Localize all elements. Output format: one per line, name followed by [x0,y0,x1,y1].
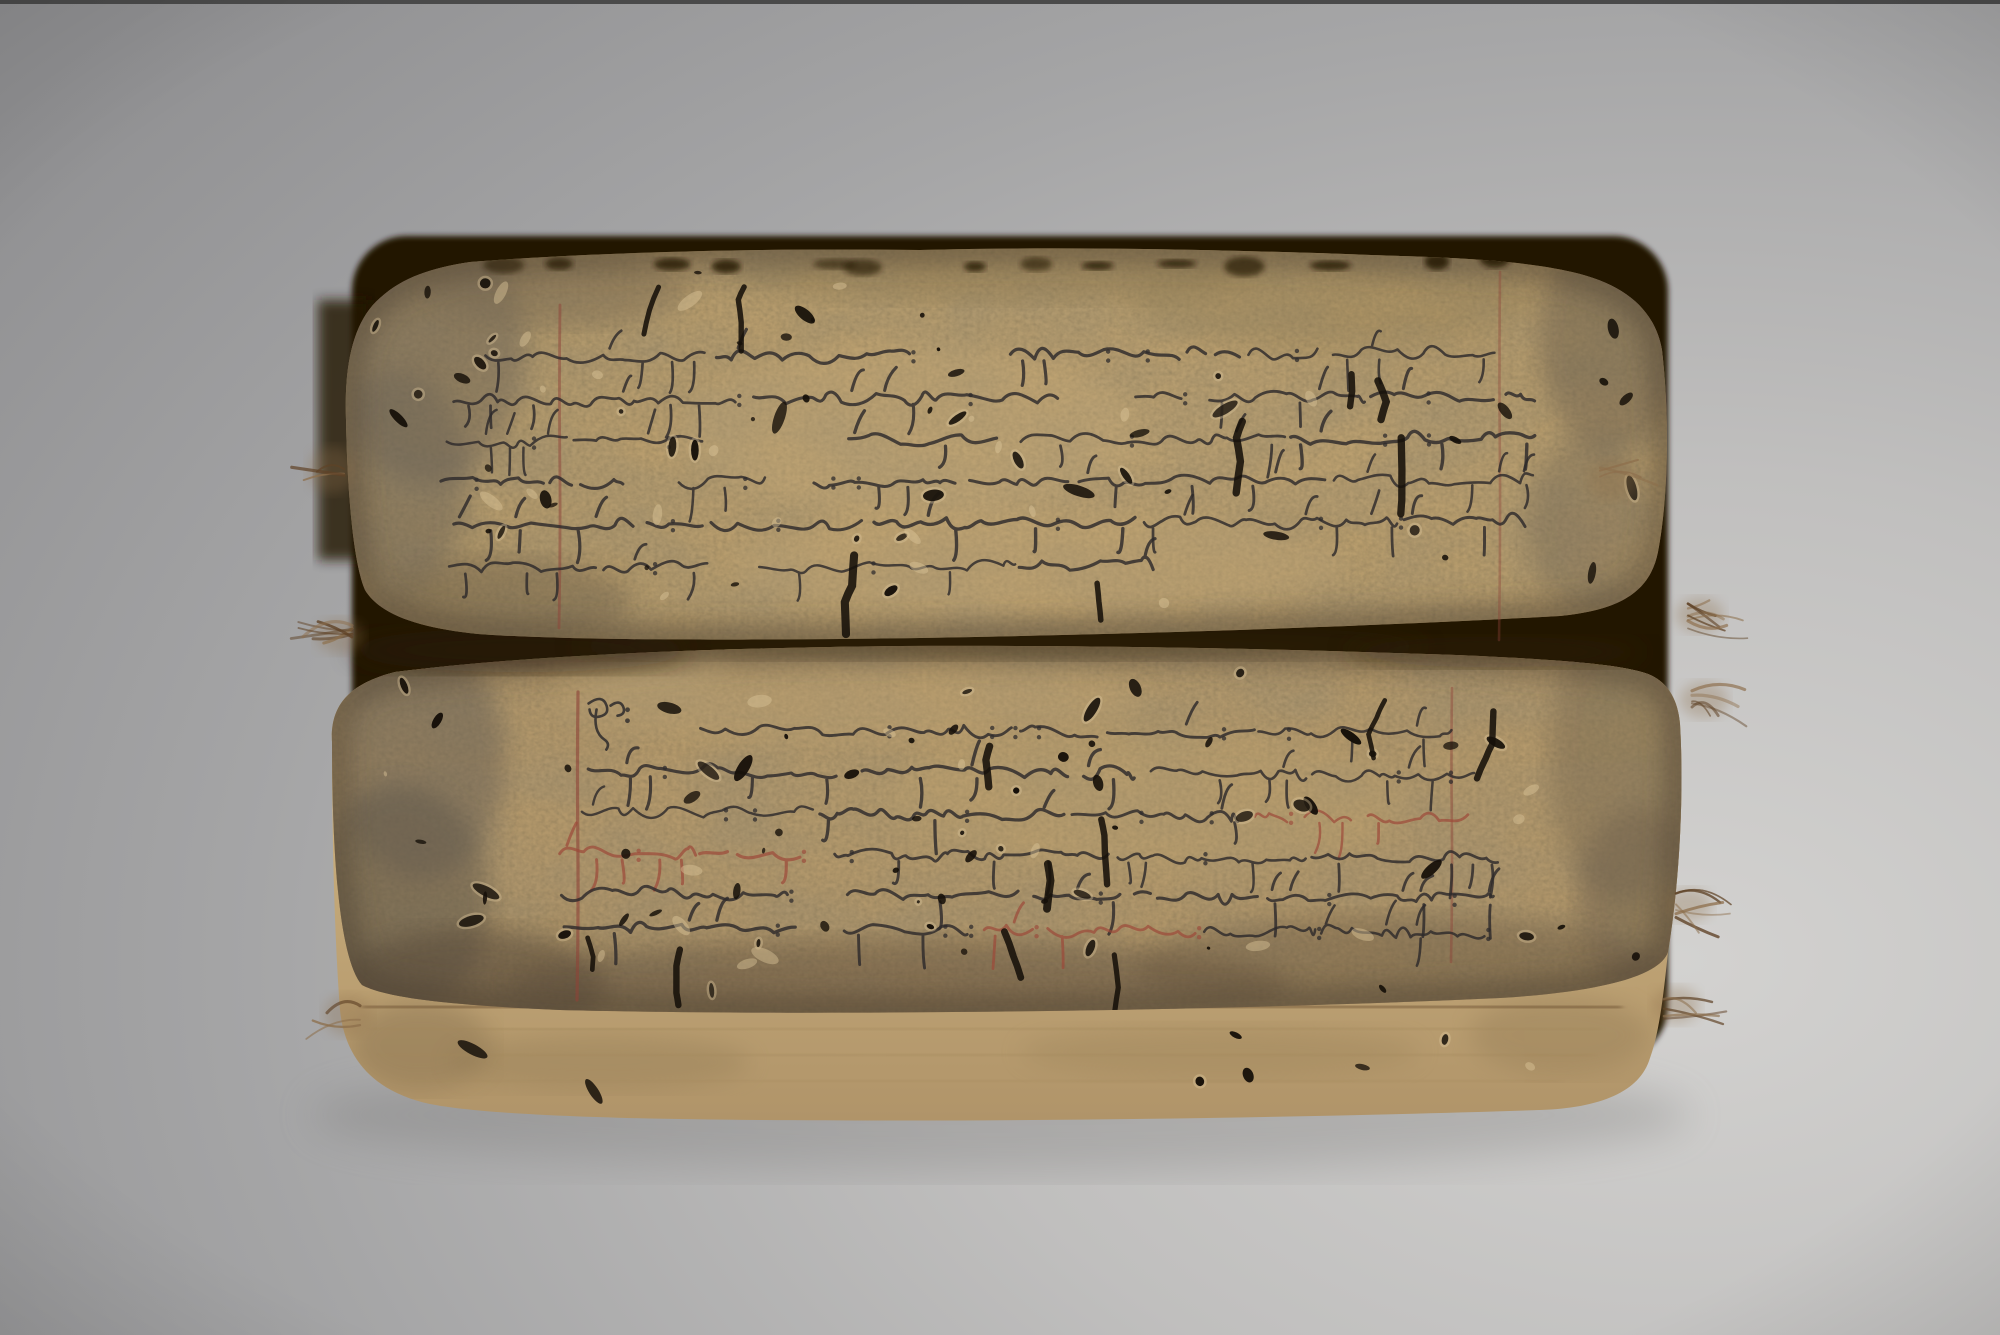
manuscript-photograph [0,0,2000,1335]
vignette [0,0,2000,1335]
photo-scene [0,0,2000,1335]
